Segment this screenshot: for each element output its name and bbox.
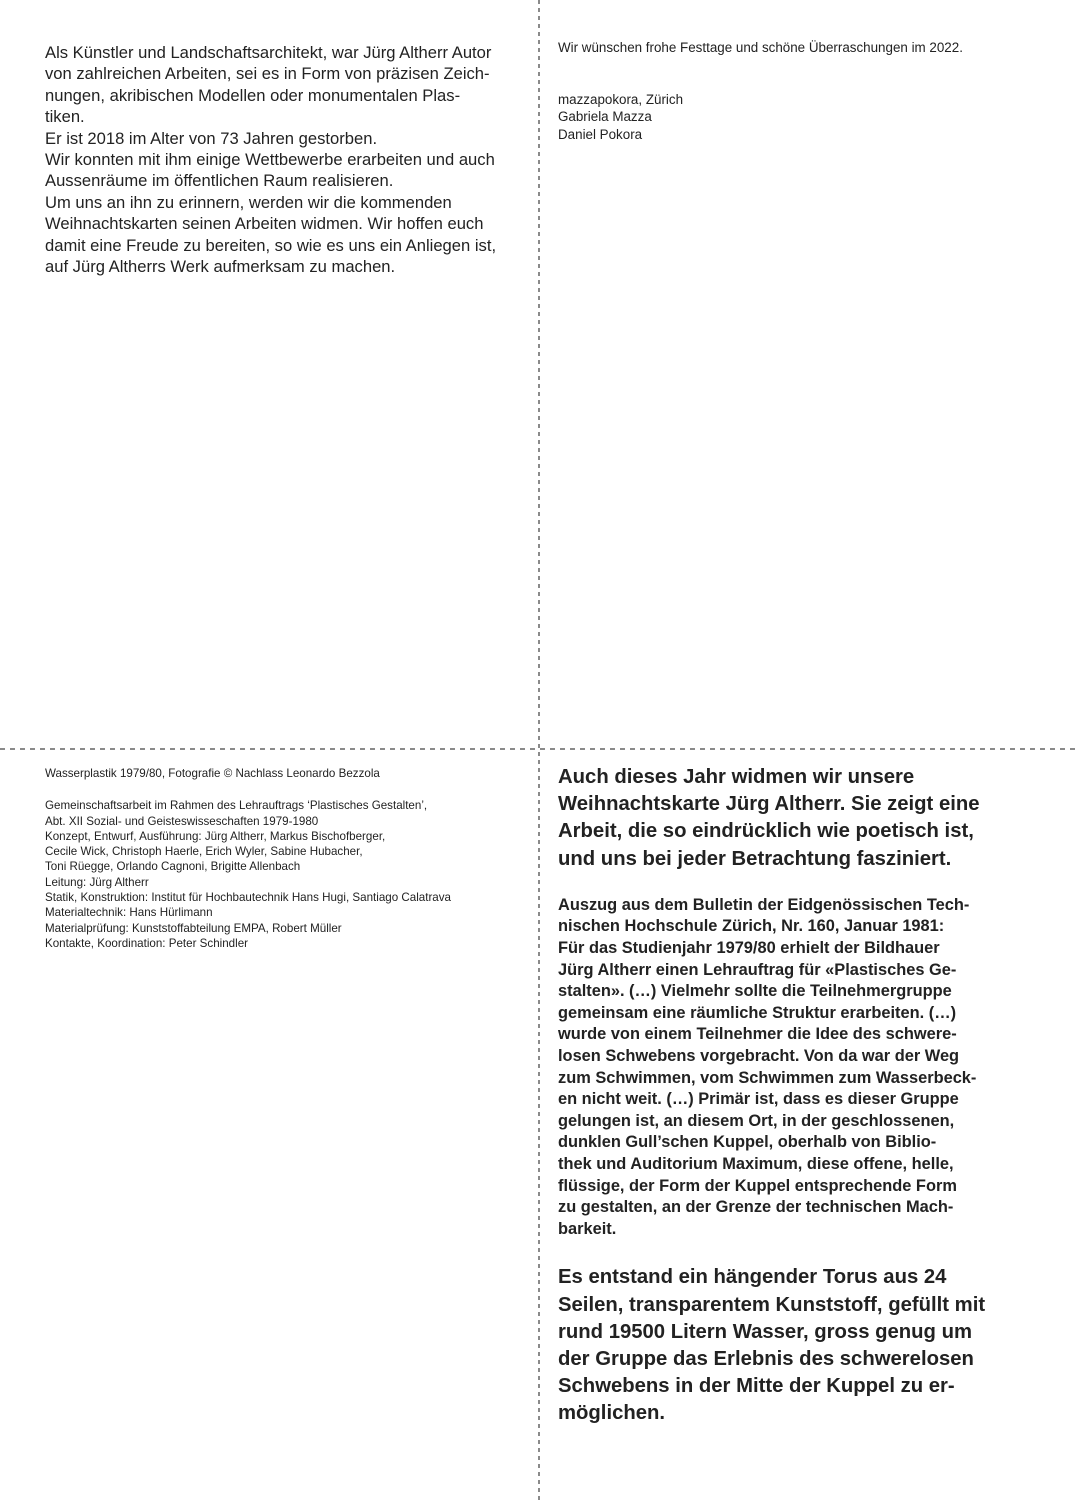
- text-line: rund 19500 Litern Wasser, gross genug um: [558, 1319, 985, 1346]
- text-line: losen Schwebens vorgebracht. Von da war …: [558, 1046, 985, 1068]
- text-line: Auch dieses Jahr widmen wir unsere: [558, 764, 985, 791]
- text-line: dunklen Gull’schen Kuppel, oberhalb von …: [558, 1132, 985, 1154]
- text-line: Er ist 2018 im Alter von 73 Jahren gesto…: [45, 128, 496, 149]
- text-line: zu gestalten, an der Grenze der technisc…: [558, 1197, 985, 1219]
- text-line: Um uns an ihn zu erinnern, werden wir di…: [45, 192, 496, 213]
- text-line: barkeit.: [558, 1219, 985, 1241]
- credit-line: Materialprüfung: Kunststoffabteilung EMP…: [45, 921, 451, 936]
- text-line: flüssige, der Form der Kuppel entspreche…: [558, 1176, 985, 1198]
- text-line: Es entstand ein hängender Torus aus 24: [558, 1264, 985, 1291]
- text-line: Weihnachtskarte Jürg Altherr. Sie zeigt …: [558, 791, 985, 818]
- text-line: stalten». (…) Vielmehr sollte die Teilne…: [558, 981, 985, 1003]
- credit-line: Konzept, Entwurf, Ausführung: Jürg Althe…: [45, 829, 451, 844]
- closing-paragraph: Es entstand ein hängender Torus aus 24 S…: [558, 1264, 985, 1427]
- credit-line: Gemeinschaftsarbeit im Rahmen des Lehrau…: [45, 798, 451, 813]
- text-line: von zahlreichen Arbeiten, sei es in Form…: [45, 63, 496, 84]
- text-line: gelungen ist, an diesem Ort, in der gesc…: [558, 1111, 985, 1133]
- text-line: Für das Studienjahr 1979/80 erhielt der …: [558, 938, 985, 960]
- text-line: nischen Hochschule Zürich, Nr. 160, Janu…: [558, 916, 985, 938]
- text-line: nungen, akribischen Modellen oder monume…: [45, 85, 496, 106]
- text-line: damit eine Freude zu bereiten, so wie es…: [45, 235, 496, 256]
- text-line: Schwebens in der Mitte der Kuppel zu er-: [558, 1373, 985, 1400]
- credit-line: Materialtechnik: Hans Hürlimann: [45, 905, 451, 920]
- text-line: zum Schwimmen, vom Schwimmen zum Wasserb…: [558, 1068, 985, 1090]
- credit-line: Cecile Wick, Christoph Haerle, Erich Wyl…: [45, 844, 451, 859]
- signature-studio: mazzapokora, Zürich: [558, 91, 963, 109]
- text-line: Seilen, transparentem Kunststoff, gefüll…: [558, 1292, 985, 1319]
- text-line: wurde von einem Teilnehmer die Idee des …: [558, 1024, 985, 1046]
- lead-paragraph: Auch dieses Jahr widmen wir unsere Weihn…: [558, 764, 985, 873]
- credit-line: Abt. XII Sozial- und Geisteswisseschafte…: [45, 814, 451, 829]
- credit-line: Leitung: Jürg Altherr: [45, 875, 451, 890]
- text-line: Jürg Altherr einen Lehrauftrag für «Plas…: [558, 960, 985, 982]
- credit-line: Toni Rüegge, Orlando Cagnoni, Brigitte A…: [45, 859, 451, 874]
- text-line: Als Künstler und Landschaftsarchitekt, w…: [45, 42, 496, 63]
- text-line: und uns bei jeder Betrachtung fasziniert…: [558, 846, 985, 873]
- horizontal-fold-line: [0, 748, 1078, 750]
- text-line: möglichen.: [558, 1400, 985, 1427]
- description-panel: Auch dieses Jahr widmen wir unsere Weihn…: [558, 764, 985, 1428]
- signature-name: Daniel Pokora: [558, 126, 963, 144]
- holiday-greeting: Wir wünschen frohe Festtage und schöne Ü…: [558, 39, 963, 57]
- text-line: thek und Auditorium Maximum, diese offen…: [558, 1154, 985, 1176]
- text-line: Auszug aus dem Bulletin der Eidgenössisc…: [558, 895, 985, 917]
- greeting-panel: Wir wünschen frohe Festtage und schöne Ü…: [558, 39, 963, 143]
- credit-line: Statik, Konstruktion: Institut für Hochb…: [45, 890, 451, 905]
- photo-credit: Wasserplastik 1979/80, Fotografie © Nach…: [45, 766, 451, 781]
- text-line: der Gruppe das Erlebnis des schwerelosen: [558, 1346, 985, 1373]
- text-line: Aussenräume im öffentlichen Raum realisi…: [45, 170, 496, 191]
- text-line: auf Jürg Altherrs Werk aufmerksam zu mac…: [45, 256, 496, 277]
- signature-block: mazzapokora, Zürich Gabriela Mazza Danie…: [558, 91, 963, 144]
- project-credits: Gemeinschaftsarbeit im Rahmen des Lehrau…: [45, 798, 451, 951]
- credits-panel: Wasserplastik 1979/80, Fotografie © Nach…: [45, 766, 451, 951]
- vertical-fold-line: [538, 0, 540, 1500]
- signature-name: Gabriela Mazza: [558, 108, 963, 126]
- text-line: gemeinsam eine räumliche Struktur erarbe…: [558, 1003, 985, 1025]
- text-line: tiken.: [45, 106, 496, 127]
- credit-line: Kontakte, Koordination: Peter Schindler: [45, 936, 451, 951]
- dedication-text: Als Künstler und Landschaftsarchitekt, w…: [45, 42, 496, 277]
- text-line: Weihnachtskarten seinen Arbeiten widmen.…: [45, 213, 496, 234]
- text-line: Arbeit, die so eindrücklich wie poetisch…: [558, 818, 985, 845]
- bulletin-excerpt: Auszug aus dem Bulletin der Eidgenössisc…: [558, 895, 985, 1241]
- text-line: en nicht weit. (…) Primär ist, dass es d…: [558, 1089, 985, 1111]
- text-line: Wir konnten mit ihm einige Wettbewerbe e…: [45, 149, 496, 170]
